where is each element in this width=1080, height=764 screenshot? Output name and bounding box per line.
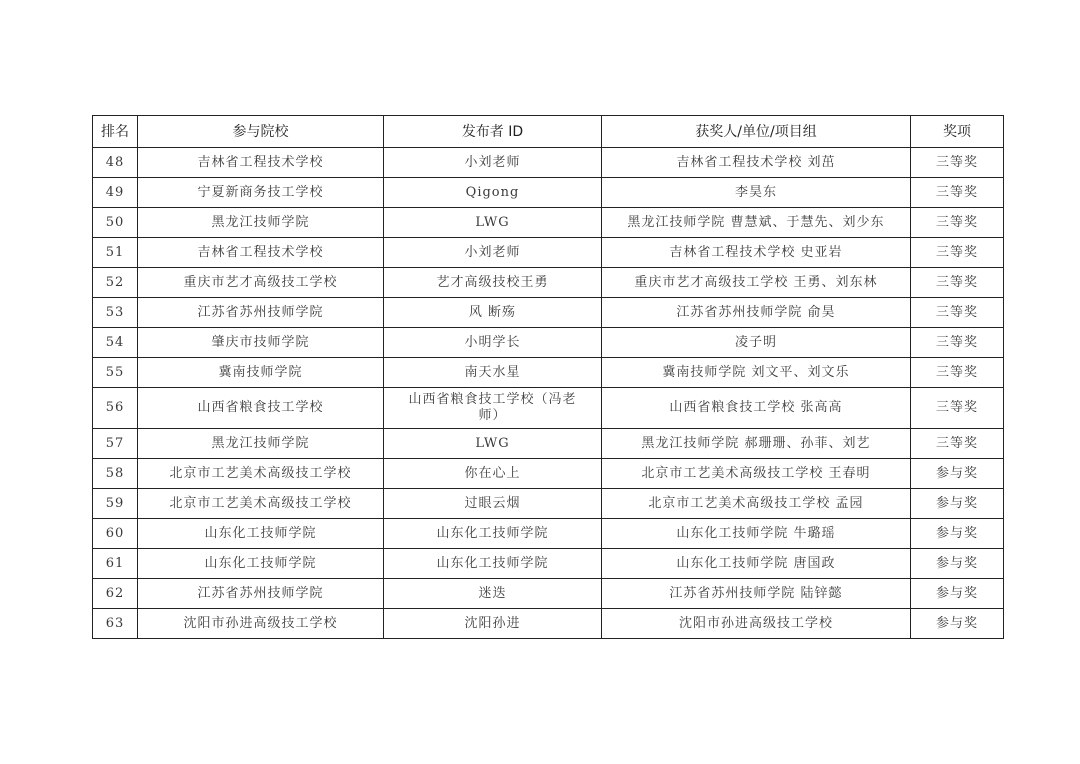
header-publisher: 发布者 ID — [384, 116, 602, 148]
rank-cell: 49 — [93, 178, 138, 208]
school-cell: 北京市工艺美术高级技工学校 — [138, 489, 384, 519]
award-cell: 参与奖 — [911, 489, 1004, 519]
school-cell: 宁夏新商务技工学校 — [138, 178, 384, 208]
table-row: 57黑龙江技师学院LWG黑龙江技师学院 郝珊珊、孙菲、刘艺三等奖 — [93, 429, 1004, 459]
award-cell: 参与奖 — [911, 579, 1004, 609]
award-cell: 三等奖 — [911, 238, 1004, 268]
winner-cell: 山东化工技师学院 唐国政 — [602, 549, 911, 579]
rank-cell: 50 — [93, 208, 138, 238]
award-cell: 参与奖 — [911, 609, 1004, 639]
award-cell: 三等奖 — [911, 208, 1004, 238]
rank-cell: 60 — [93, 519, 138, 549]
table-row: 56山西省粮食技工学校山西省粮食技工学校（冯老师）山西省粮食技工学校 张高高三等… — [93, 388, 1004, 429]
winner-cell: 黑龙江技师学院 郝珊珊、孙菲、刘艺 — [602, 429, 911, 459]
winner-cell: 吉林省工程技术学校 史亚岩 — [602, 238, 911, 268]
award-cell: 三等奖 — [911, 298, 1004, 328]
winner-cell: 凌子明 — [602, 328, 911, 358]
table-body: 48吉林省工程技术学校小刘老师吉林省工程技术学校 刘茁三等奖49宁夏新商务技工学… — [93, 148, 1004, 639]
award-cell: 参与奖 — [911, 519, 1004, 549]
table-row: 52重庆市艺才高级技工学校艺才高级技校王勇重庆市艺才高级技工学校 王勇、刘东林三… — [93, 268, 1004, 298]
table-row: 50黑龙江技师学院LWG黑龙江技师学院 曹慧斌、于慧先、刘少东三等奖 — [93, 208, 1004, 238]
award-cell: 三等奖 — [911, 328, 1004, 358]
rank-cell: 53 — [93, 298, 138, 328]
rank-cell: 57 — [93, 429, 138, 459]
winner-cell: 山东化工技师学院 牛璐瑶 — [602, 519, 911, 549]
winner-cell: 山西省粮食技工学校 张高高 — [602, 388, 911, 429]
publisher-cell: 风 断殇 — [384, 298, 602, 328]
table-row: 62江苏省苏州技师学院迷迭江苏省苏州技师学院 陆锌懿参与奖 — [93, 579, 1004, 609]
publisher-cell: 山东化工技师学院 — [384, 519, 602, 549]
school-cell: 山西省粮食技工学校 — [138, 388, 384, 429]
winner-cell: 黑龙江技师学院 曹慧斌、于慧先、刘少东 — [602, 208, 911, 238]
table-row: 49宁夏新商务技工学校Qigong李昊东三等奖 — [93, 178, 1004, 208]
award-cell: 三等奖 — [911, 148, 1004, 178]
awards-table: 排名 参与院校 发布者 ID 获奖人/单位/项目组 奖项 48吉林省工程技术学校… — [92, 115, 1004, 639]
publisher-cell: 山东化工技师学院 — [384, 549, 602, 579]
rank-cell: 62 — [93, 579, 138, 609]
header-award: 奖项 — [911, 116, 1004, 148]
winner-cell: 李昊东 — [602, 178, 911, 208]
publisher-cell: 山西省粮食技工学校（冯老师） — [384, 388, 602, 429]
winner-cell: 江苏省苏州技师学院 俞昊 — [602, 298, 911, 328]
school-cell: 肇庆市技师学院 — [138, 328, 384, 358]
publisher-cell: LWG — [384, 208, 602, 238]
school-cell: 江苏省苏州技师学院 — [138, 298, 384, 328]
publisher-cell: 小明学长 — [384, 328, 602, 358]
school-cell: 北京市工艺美术高级技工学校 — [138, 459, 384, 489]
rank-cell: 56 — [93, 388, 138, 429]
school-cell: 冀南技师学院 — [138, 358, 384, 388]
publisher-cell: 南天水星 — [384, 358, 602, 388]
school-cell: 山东化工技师学院 — [138, 549, 384, 579]
rank-cell: 52 — [93, 268, 138, 298]
school-cell: 江苏省苏州技师学院 — [138, 579, 384, 609]
award-cell: 三等奖 — [911, 388, 1004, 429]
winner-cell: 沈阳市孙进高级技工学校 — [602, 609, 911, 639]
winner-cell: 重庆市艺才高级技工学校 王勇、刘东林 — [602, 268, 911, 298]
school-cell: 沈阳市孙进高级技工学校 — [138, 609, 384, 639]
rank-cell: 55 — [93, 358, 138, 388]
table-row: 58北京市工艺美术高级技工学校你在心上北京市工艺美术高级技工学校 王春明参与奖 — [93, 459, 1004, 489]
header-rank: 排名 — [93, 116, 138, 148]
award-cell: 参与奖 — [911, 549, 1004, 579]
table-row: 60山东化工技师学院山东化工技师学院山东化工技师学院 牛璐瑶参与奖 — [93, 519, 1004, 549]
table-header-row: 排名 参与院校 发布者 ID 获奖人/单位/项目组 奖项 — [93, 116, 1004, 148]
publisher-cell: 迷迭 — [384, 579, 602, 609]
school-cell: 吉林省工程技术学校 — [138, 148, 384, 178]
table-row: 63沈阳市孙进高级技工学校沈阳孙进沈阳市孙进高级技工学校参与奖 — [93, 609, 1004, 639]
school-cell: 黑龙江技师学院 — [138, 208, 384, 238]
winner-cell: 北京市工艺美术高级技工学校 孟园 — [602, 489, 911, 519]
publisher-cell: 艺才高级技校王勇 — [384, 268, 602, 298]
table-row: 54肇庆市技师学院小明学长凌子明三等奖 — [93, 328, 1004, 358]
school-cell: 山东化工技师学院 — [138, 519, 384, 549]
document-page: 排名 参与院校 发布者 ID 获奖人/单位/项目组 奖项 48吉林省工程技术学校… — [0, 0, 1080, 764]
rank-cell: 54 — [93, 328, 138, 358]
table-row: 53江苏省苏州技师学院风 断殇江苏省苏州技师学院 俞昊三等奖 — [93, 298, 1004, 328]
table-row: 48吉林省工程技术学校小刘老师吉林省工程技术学校 刘茁三等奖 — [93, 148, 1004, 178]
header-school: 参与院校 — [138, 116, 384, 148]
table-row: 51吉林省工程技术学校小刘老师吉林省工程技术学校 史亚岩三等奖 — [93, 238, 1004, 268]
publisher-cell: 过眼云烟 — [384, 489, 602, 519]
award-cell: 参与奖 — [911, 459, 1004, 489]
table-row: 61山东化工技师学院山东化工技师学院山东化工技师学院 唐国政参与奖 — [93, 549, 1004, 579]
school-cell: 黑龙江技师学院 — [138, 429, 384, 459]
publisher-cell: LWG — [384, 429, 602, 459]
winner-cell: 吉林省工程技术学校 刘茁 — [602, 148, 911, 178]
award-cell: 三等奖 — [911, 178, 1004, 208]
school-cell: 重庆市艺才高级技工学校 — [138, 268, 384, 298]
rank-cell: 63 — [93, 609, 138, 639]
award-cell: 三等奖 — [911, 429, 1004, 459]
rank-cell: 61 — [93, 549, 138, 579]
rank-cell: 51 — [93, 238, 138, 268]
publisher-cell: 沈阳孙进 — [384, 609, 602, 639]
publisher-cell: 你在心上 — [384, 459, 602, 489]
publisher-cell: Qigong — [384, 178, 602, 208]
rank-cell: 48 — [93, 148, 138, 178]
publisher-cell: 小刘老师 — [384, 238, 602, 268]
rank-cell: 59 — [93, 489, 138, 519]
table-row: 55冀南技师学院南天水星冀南技师学院 刘文平、刘文乐三等奖 — [93, 358, 1004, 388]
award-cell: 三等奖 — [911, 268, 1004, 298]
school-cell: 吉林省工程技术学校 — [138, 238, 384, 268]
header-winner: 获奖人/单位/项目组 — [602, 116, 911, 148]
table-row: 59北京市工艺美术高级技工学校过眼云烟北京市工艺美术高级技工学校 孟园参与奖 — [93, 489, 1004, 519]
rank-cell: 58 — [93, 459, 138, 489]
winner-cell: 江苏省苏州技师学院 陆锌懿 — [602, 579, 911, 609]
winner-cell: 冀南技师学院 刘文平、刘文乐 — [602, 358, 911, 388]
publisher-cell: 小刘老师 — [384, 148, 602, 178]
award-cell: 三等奖 — [911, 358, 1004, 388]
winner-cell: 北京市工艺美术高级技工学校 王春明 — [602, 459, 911, 489]
